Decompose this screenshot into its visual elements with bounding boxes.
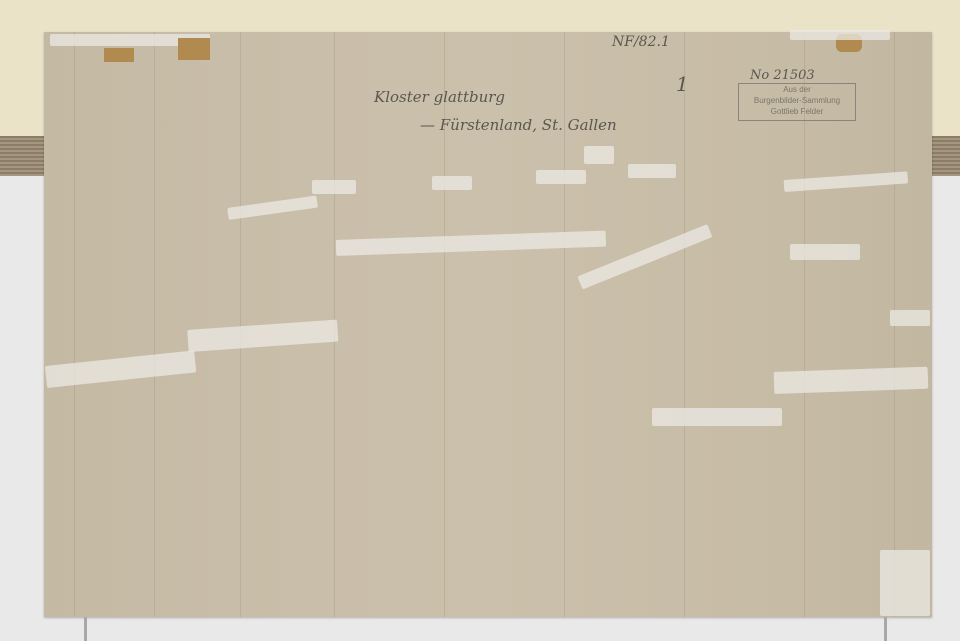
inventory-number: No 21503 [750,68,815,83]
sheet-number: 1 [676,72,689,96]
brown-tape [104,48,134,62]
wall-stripe-left [0,136,48,176]
tape-corner [880,550,930,616]
handwritten-location: — Fürstenland, St. Gallen [420,116,617,134]
wall-stripe-right [928,136,960,176]
tape-strip [890,310,930,326]
tape-strip [790,244,860,260]
tape-strip [628,164,676,178]
tape-strip [652,408,782,426]
collection-stamp: Aus der Burgenbilder-Sammlung Gottlieb F… [738,83,856,121]
display-stand-left [84,617,87,641]
display-stand-right [884,617,887,641]
ruled-line [74,32,75,617]
stamp-line2: Burgenbilder-Sammlung [739,95,855,106]
tape-strip [790,30,890,40]
ruled-line [684,32,685,617]
brown-tape [178,38,210,60]
tape-strip [432,176,472,190]
handwritten-title: Kloster glattburg [374,88,505,106]
tape-strip [536,170,586,184]
stamp-line1: Aus der [739,84,855,95]
catalog-number: NF/82.1 [612,34,670,50]
ruled-line [154,32,155,617]
stamp-line3: Gottlieb Felder [739,106,855,117]
tape-strip [584,146,614,164]
tape-strip [312,180,356,194]
ruled-line [240,32,241,617]
